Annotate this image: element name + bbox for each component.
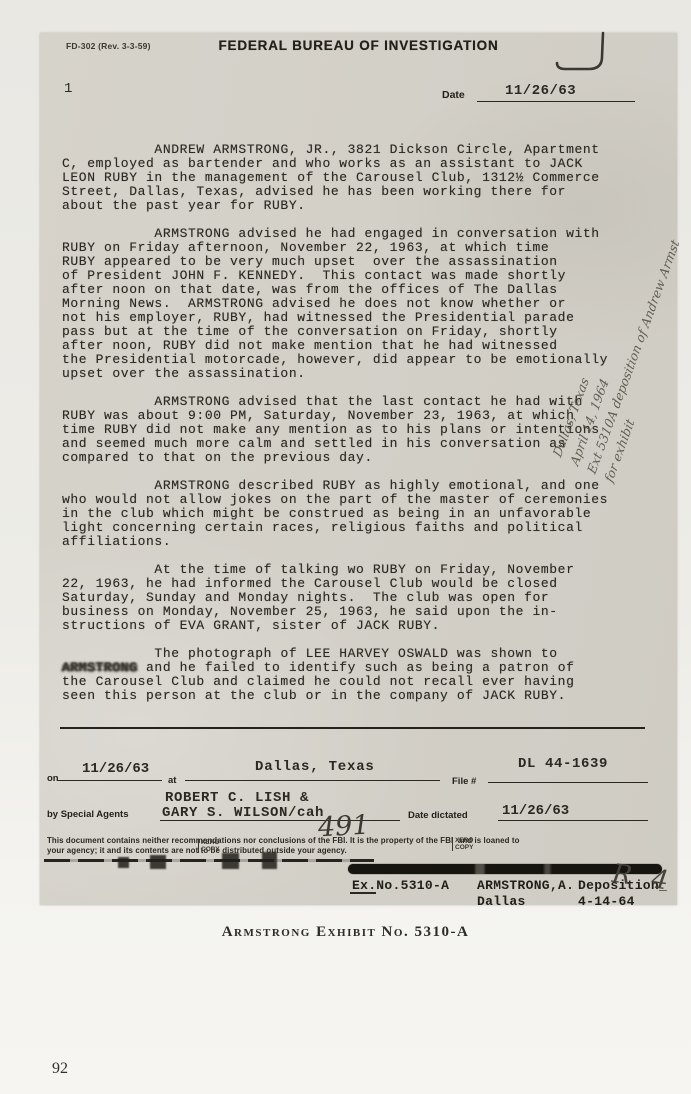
field-on-label: on (47, 773, 59, 784)
page-number: 92 (52, 1060, 68, 1078)
date-value: 11/26/63 (505, 83, 576, 99)
body-paragraph: ARMSTRONG advised he had engaged in conv… (62, 227, 642, 381)
stamp-exhibit-underline (350, 892, 376, 894)
stamp-exhibit-no: Ex.No.5310-A (352, 878, 449, 893)
smudged-name: ARMSTRONG (62, 660, 138, 675)
field-dictated-label: Date dictated (408, 810, 468, 821)
body-paragraph: ARMSTRONG described RUBY as highly emoti… (62, 479, 642, 549)
field-at-value: Dallas, Texas (255, 759, 375, 775)
pen-mark-j-icon (545, 27, 615, 82)
at-underline (185, 780, 440, 781)
oswald-paragraph-prefix: The photograph of LEE HARVEY OSWALD was … (62, 646, 558, 661)
agent-names-line1: ROBERT C. LISH & (165, 790, 309, 806)
date-label: Date (442, 89, 465, 101)
on-underline (58, 780, 162, 781)
field-at-label: at (168, 775, 176, 786)
scanned-page: FD-302 (Rev. 3-3-59) FEDERAL BUREAU OF I… (0, 0, 691, 1094)
dictated-underline (498, 820, 648, 821)
xero-copy-stamp: XERO COPY (452, 837, 473, 851)
xero-copy-stamp: XERO COPY (198, 839, 219, 853)
exhibit-caption: Armstrong Exhibit No. 5310-A (0, 924, 691, 941)
field-agent-label: by Special Agents (47, 809, 128, 820)
body-paragraph: ANDREW ARMSTRONG, JR., 3821 Dickson Circ… (62, 143, 642, 213)
ink-blob (262, 852, 277, 869)
field-file-value: DL 44-1639 (518, 756, 608, 772)
disclaimer-text: This document contains neither recommend… (47, 836, 655, 856)
date-underline (477, 101, 635, 102)
oswald-paragraph: The photograph of LEE HARVEY OSWALD was … (62, 647, 642, 703)
stamp-witness-name: ARMSTRONG,A. (477, 878, 574, 893)
photocopy-edge-line (44, 859, 374, 862)
page-indicator: 1 (64, 81, 72, 97)
agent-names-line2: GARY S. WILSON/cah (162, 805, 324, 821)
field-dictated-value: 11/26/63 (502, 803, 569, 819)
document-scan: FD-302 (Rev. 3-3-59) FEDERAL BUREAU OF I… (40, 33, 677, 905)
ink-blob (222, 853, 239, 869)
oswald-paragraph-suffix: and he failed to identify such as being … (62, 660, 575, 703)
file-underline (488, 782, 648, 783)
field-on-value: 11/26/63 (82, 761, 149, 777)
footer-divider (60, 727, 645, 729)
ink-blob (118, 857, 129, 868)
field-file-label: File # (452, 776, 476, 787)
body-paragraph: At the time of talking wo RUBY on Friday… (62, 563, 642, 633)
stamp-city: Dallas (477, 894, 526, 909)
stamp-date: 4-14-64 (578, 894, 635, 909)
ink-blob (150, 855, 166, 869)
